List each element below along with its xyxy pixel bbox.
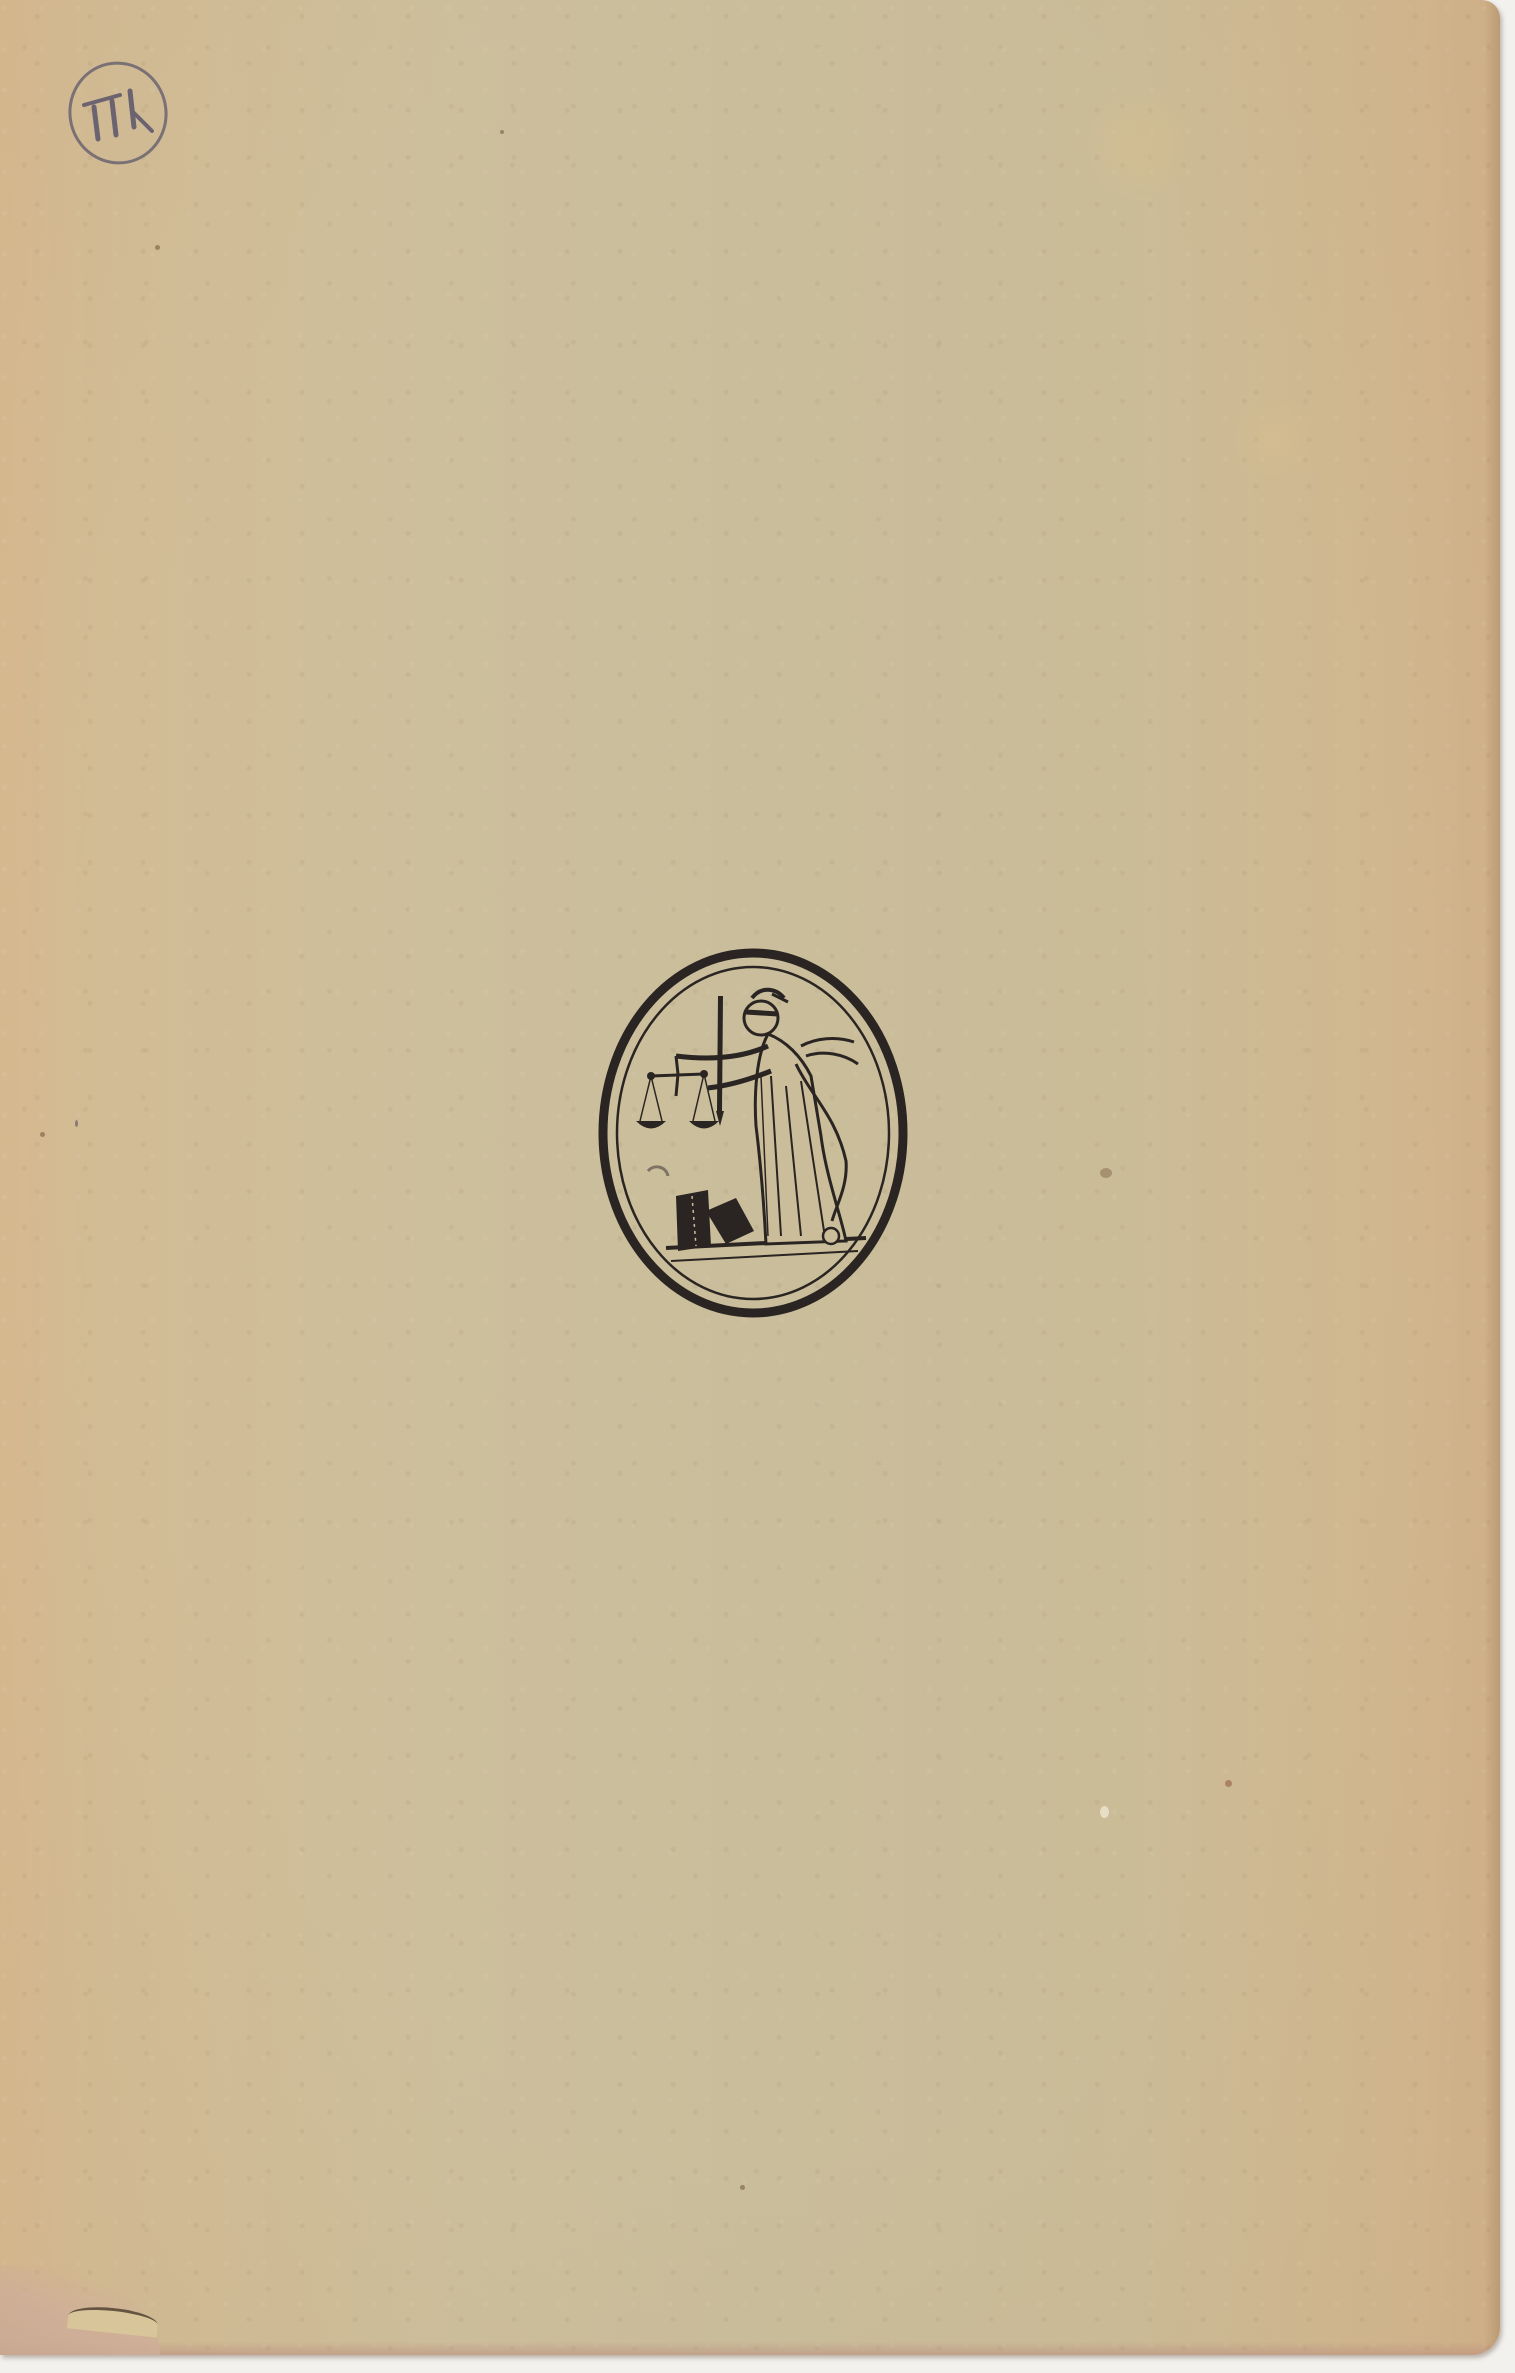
paper-speck xyxy=(740,2185,745,2190)
lady-justice-icon xyxy=(596,946,911,1321)
justice-emblem xyxy=(596,946,911,1321)
scanned-page: ΠΛ xyxy=(0,0,1515,2373)
paper-speck xyxy=(155,245,160,250)
pencil-shelfmark: ΠΛ xyxy=(60,55,172,173)
page-edge-bottom xyxy=(0,2341,1500,2355)
paper-stain xyxy=(1230,400,1320,480)
paper-speck xyxy=(1100,1806,1109,1818)
paper-speck xyxy=(40,1132,45,1137)
paper-speck xyxy=(75,1120,78,1127)
paper-stain xyxy=(1080,90,1200,200)
circled-pencil-note-icon xyxy=(60,55,172,173)
paper-speck xyxy=(1100,1168,1112,1178)
page-edge-right xyxy=(1484,0,1500,2355)
back-cover: ΠΛ xyxy=(0,0,1500,2355)
paper-speck xyxy=(1225,1780,1232,1787)
paper-speck xyxy=(500,130,504,134)
